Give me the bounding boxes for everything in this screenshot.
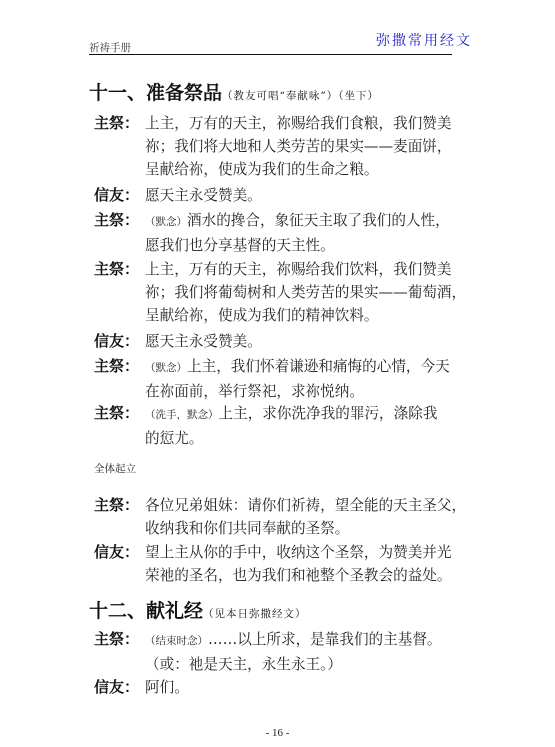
section-title-12: 十二、献礼经（见本日弥撒经文） (89, 596, 307, 623)
speaker-label: 主祭： (94, 258, 139, 281)
dialogue-entry: 信友： 望上主从你的手中，收纳这个圣祭，为赞美并光 荣祂的圣名，也为我们和祂整个… (94, 541, 474, 587)
dialogue-entry: 主祭： （洗手，默念）上主，求你洗净我的罪污，涤除我 的愆尤。 (94, 402, 474, 450)
dialogue-entry: 信友： 阿们。 (94, 676, 474, 699)
text-line: 愿天主永受赞美。 (145, 330, 474, 353)
rubric-prefix: （默念） (145, 216, 187, 228)
dialogue-entry: 主祭： （结束时念）……以上所求，是靠我们的主基督。 （或：祂是天主，永生永王。… (94, 628, 474, 676)
text-line: （默念）酒水的搀合，象征天主取了我们的人性， (145, 209, 474, 234)
dialogue-entry: 主祭： 上主，万有的天主，祢赐给我们饮料，我们赞美 祢；我们将葡萄树和人类劳苦的… (94, 258, 474, 327)
text-span: 上主，求你洗净我的罪污，涤除我 (219, 405, 438, 422)
section-note: （见本日弥撒经文） (203, 608, 307, 620)
speaker-label: 信友： (94, 184, 139, 207)
header-book-title: 祈祷手册 (89, 40, 131, 55)
speaker-label: 主祭： (94, 355, 139, 378)
rubric-prefix: （结束时念） (145, 635, 208, 647)
text-line: 荣祂的圣名，也为我们和祂整个圣教会的益处。 (145, 564, 474, 587)
speaker-label: 信友： (94, 330, 139, 353)
section-title-text: 十二、献礼经 (89, 600, 203, 622)
section-note: （教友可唱“奉献咏”）（坐下） (222, 90, 379, 102)
dialogue-entry: 信友： 愿天主永受赞美。 (94, 184, 474, 207)
document-page: 祈祷手册 弥撒常用经文 十一、准备祭品（教友可唱“奉献咏”）（坐下） 主祭： 上… (0, 0, 555, 747)
rubric-prefix: （洗手，默念） (145, 409, 219, 421)
text-line: 愿天主永受赞美。 (145, 184, 474, 207)
text-span: 上主，我们怀着谦逊和痛悔的心情，今天 (187, 358, 450, 375)
speaker-label: 主祭： (94, 402, 139, 425)
text-line: 呈献给祢，使成为我们的精神饮料。 (145, 304, 474, 327)
text-line: （或：祂是天主，永生永王。） (145, 653, 474, 676)
text-span: ……以上所求，是靠我们的主基督。 (208, 631, 442, 648)
text-line: 各位兄弟姐妹：请你们祈祷，望全能的天主圣父， (145, 494, 474, 517)
rubric-all-stand: 全体起立 (94, 461, 136, 476)
dialogue-entry: 信友： 愿天主永受赞美。 (94, 330, 474, 353)
speaker-label: 主祭： (94, 628, 139, 651)
header-divider (89, 54, 452, 55)
text-line: 祢；我们将大地和人类劳苦的果实——麦面饼， (145, 135, 474, 158)
text-line: 上主，万有的天主，祢赐给我们饮料，我们赞美 (145, 258, 474, 281)
speaker-label: 主祭： (94, 209, 139, 232)
dialogue-entry: 主祭： 上主，万有的天主，祢赐给我们食粮，我们赞美 祢；我们将大地和人类劳苦的果… (94, 112, 474, 181)
text-line: 愿我们也分享基督的天主性。 (145, 234, 474, 257)
text-line: 阿们。 (145, 676, 474, 699)
page-number: - 16 - (0, 727, 555, 739)
text-line: （结束时念）……以上所求，是靠我们的主基督。 (145, 628, 474, 653)
dialogue-entry: 主祭： （默念）酒水的搀合，象征天主取了我们的人性， 愿我们也分享基督的天主性。 (94, 209, 474, 257)
text-line: 祢；我们将葡萄树和人类劳苦的果实——葡萄酒， (145, 281, 474, 304)
text-line: 的愆尤。 (145, 427, 474, 450)
text-line: （默念）上主，我们怀着谦逊和痛悔的心情，今天 (145, 355, 474, 380)
text-line: 在祢面前，举行祭祀，求祢悦纳。 (145, 380, 474, 403)
text-span: 酒水的搀合，象征天主取了我们的人性， (187, 212, 450, 229)
dialogue-entry: 主祭： （默念）上主，我们怀着谦逊和痛悔的心情，今天 在祢面前，举行祭祀，求祢悦… (94, 355, 474, 403)
text-line: 上主，万有的天主，祢赐给我们食粮，我们赞美 (145, 112, 474, 135)
speaker-label: 信友： (94, 541, 139, 564)
header-chapter-title: 弥撒常用经文 (350, 30, 472, 50)
text-line: 望上主从你的手中，收纳这个圣祭，为赞美并光 (145, 541, 474, 564)
speaker-label: 主祭： (94, 494, 139, 517)
rubric-prefix: （默念） (145, 362, 187, 374)
text-line: 呈献给祢，使成为我们的生命之粮。 (145, 158, 474, 181)
speaker-label: 信友： (94, 676, 139, 699)
dialogue-entry: 主祭： 各位兄弟姐妹：请你们祈祷，望全能的天主圣父， 收纳我和你们共同奉献的圣祭… (94, 494, 474, 540)
text-line: 收纳我和你们共同奉献的圣祭。 (145, 517, 474, 540)
section-title-text: 十一、准备祭品 (89, 82, 222, 104)
speaker-label: 主祭： (94, 112, 139, 135)
section-title-11: 十一、准备祭品（教友可唱“奉献咏”）（坐下） (89, 78, 379, 105)
text-line: （洗手，默念）上主，求你洗净我的罪污，涤除我 (145, 402, 474, 427)
